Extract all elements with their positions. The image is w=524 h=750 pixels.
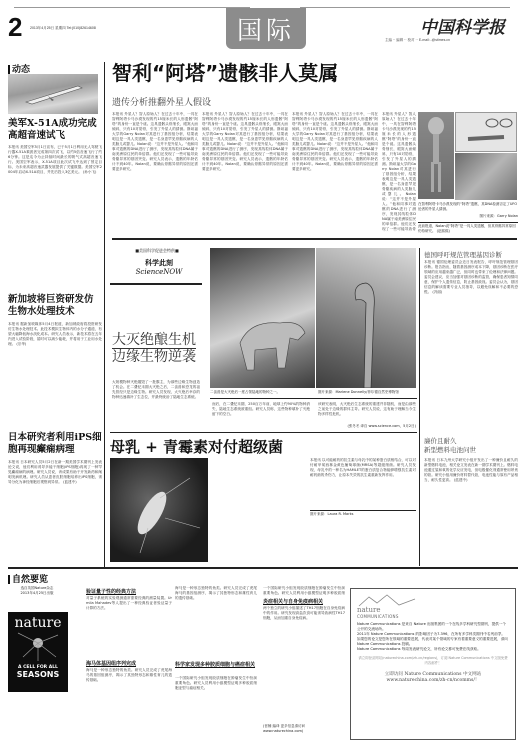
rule: [110, 432, 417, 433]
sciencenow-source: (张冬冬 译自 www.science.com，5月2日): [318, 424, 416, 429]
digest-item-2-body: 海马是一种形态独特的鱼类。研究人员完成了虎尾海马的基因组测序，揭示了其独特形态和…: [86, 668, 172, 740]
ata-skeleton-photo: [418, 112, 454, 199]
skeleton-icon: [418, 112, 454, 199]
nature-cover-feature2: SEASONS: [8, 670, 68, 679]
fuelcell-body: 本报讯 日本九州大学研究小组开发出了一种廉价且耐久的新型燃料电池，相关论文发表在…: [424, 458, 518, 563]
masthead-logo: 中国科学报: [420, 13, 505, 38]
nature-issue-info: 选自英国Nature杂志2013年4月25日出版: [8, 586, 66, 596]
cell-illustration-icon: [8, 631, 68, 661]
sciencenow-body: 大规模物种灭绝摧毁了一批霸主，为那些边缘生物创造了机会。在二叠纪末期大灭绝之后，…: [112, 380, 200, 426]
digest-item-4-body: 两个独立的研究小组描述了TH17细胞在自身免疫病中的作用。研究发现高盐饮食可能诱…: [263, 606, 345, 722]
ad-paragraph-3: 如果您的论文是您所在领域的重要进展，代表对某个领域的专家有着重要意义的重要进展，…: [357, 637, 509, 647]
mountain-logo-icon: [357, 593, 417, 607]
dinosaur-ancestor-illustration: [316, 248, 416, 388]
breastmilk-body: 本报讯 以可能耐药的抗生素与母乳中的某种蛋白质相结合，可以对付耐甲氧西林金黄色葡…: [310, 458, 416, 508]
nature-communications-ad: nature COMMUNICATIONS Nature Communicati…: [350, 588, 516, 740]
column-divider: [419, 248, 420, 566]
sciencenow-label-cn: 科学此刻: [118, 258, 200, 268]
sciencenow-caption: 二齿兽是大灭绝后一度占领陆地的物种之一。: [210, 390, 315, 395]
ata-photo-credit: 图片来源：Garry Nolan: [470, 214, 518, 219]
nature-cover: nature A CELL FOR ALL SEASONS: [8, 612, 68, 692]
breastmilk-headline: 母乳 + 青霉素对付超级菌: [110, 436, 283, 457]
top-rule-right: [300, 7, 510, 8]
ata-side-photo: [455, 112, 517, 152]
rule: [310, 510, 416, 511]
dicynodont-illustration: [210, 248, 315, 388]
rule: [210, 398, 417, 399]
dateline: 2013年4月25日 星期四 Tel:(010)82614608: [30, 26, 96, 31]
section-rule: [112, 238, 517, 240]
sciencenow-banner: ■美国科学促进会特供■: [118, 248, 196, 253]
glasses-icon: [456, 113, 517, 152]
bacteria-icon: [110, 458, 208, 562]
story-x51a-body: 本报讯 美国空军5月1日宣布，已于5月1日利用无人驾驶飞行器X-51A乘波者完成…: [8, 145, 102, 283]
top-rule: [14, 7, 250, 8]
sciencenow-headline: 大灭绝酿生机边缘生物逆袭: [112, 332, 196, 365]
germany-headline: 德国呼吁规范管理基因诊断: [424, 250, 518, 259]
main-body-col4: 本报讯 外星人？智人原始人？在过去十年中，一具在智利阿塔卡马沙漠发现的约15厘米…: [382, 112, 416, 232]
story-ips-headline: 日本研究者利用iPS细胞再现癫痫病理: [8, 432, 102, 456]
digest-item-3-continued: 一个国际研究小组发现胶质细胞在肿瘤发生中扮演重要角色。研究人员利用小鼠模型证明多…: [263, 586, 345, 596]
sciencenow-label-en: ScienceNOW: [118, 268, 200, 276]
sciencenow-photo-credit: 图片来源：Marlene Donnelly/菲尔德自然史博物馆: [318, 390, 418, 395]
ad-paragraph-5: 请立即登录网站(naturechina.com/zh-cn/regions)，订…: [357, 656, 509, 666]
digest-item-3-headline: 科学家发现多种胶质细胞与癌症相关: [175, 662, 257, 668]
dinosaur-icon: [210, 248, 315, 388]
digest-item-4-headline: 炎症相关与自身免疫病相关: [263, 598, 345, 605]
main-body-col3: 本报讯 外星人？智人原始人？在过去十年中，一具在智利阿塔卡马沙漠发现的约15厘米…: [292, 112, 378, 232]
digest-item-2-headline: 海马体基因组序列完成: [86, 660, 172, 667]
digest-item-3-body: 一个国际研究小组发现胶质细胞在肿瘤发生中扮演重要角色。研究人员利用小鼠模型证明多…: [175, 676, 257, 740]
ata-sidebar-note: 此前报道，Nolan说“阿塔”是一具人类遗骸，但其骨骼异常原因仍待研究。 (赵熙…: [418, 224, 518, 238]
story-singapore-body: 本报讯 据新加坡媒体5月4日报道，新加坡政府将投资研发仿生物水处理技术。此技术模…: [8, 322, 102, 416]
main-body-col2: 本报讯 外星人？智人原始人？在过去十年中，一具在智利阿塔卡马沙漠发现的约15厘米…: [202, 112, 288, 232]
kicker-bar: [8, 65, 10, 74]
kicker-bar: [8, 575, 10, 584]
fuelcell-headline: 廉价且耐久新型燃料电池问世: [424, 437, 518, 455]
kicker-nature-digest: 自然要览: [8, 572, 48, 585]
ata-closeup-photo: [455, 153, 517, 200]
digest-item-1-headline: 验证量子性的经典方法: [86, 588, 172, 595]
story-singapore-headline: 新加坡将巨资研发仿生物水处理技术: [8, 294, 102, 318]
dinosaur-head-icon: [316, 248, 416, 388]
ata-caption: 在智利阿塔卡马沙漠发现的“阿塔”遗骸，其DNA检测否定了UFO论者的外星人猜测。: [418, 202, 518, 212]
bacteria-micrograph: [110, 458, 208, 562]
germany-body: 本报讯 德国伦理委员会近日发表报告，呼吁规范管理基因诊断。报告指出，随着基因测序…: [424, 260, 518, 435]
aircraft-icon: [8, 74, 98, 114]
column-divider: [104, 62, 105, 567]
sciencenow-body3: 该研究表明，大灭绝后生态系统的重建并非随机，而是由那些之前处于边缘的群体主导。研…: [318, 402, 416, 424]
sciencenow-body2: 而后，在二叠纪末期，250百万年前，地球上约90%的物种消失，陆地生态系统被重组…: [212, 402, 310, 430]
masthead-credits: 主编 ·· 编辑 ·· 校对 ·· E-mail:..@stimes.cn: [385, 38, 450, 43]
ad-link-url[interactable]: www.naturechina.com/zh-cn/ncomms/！: [357, 677, 509, 683]
digest-item-1-body: 对量子系统的实验观测通常需要经典的测量装置。Urmila Mahadev等人提出…: [86, 596, 172, 656]
x51a-photo: [8, 74, 98, 114]
section-tab: 国际: [226, 8, 306, 49]
digest-item-2-continued: 海马是一种形态独特的鱼类。研究人员完成了虎尾海马的基因组测序，揭示了其独特形态和…: [175, 586, 257, 660]
story-x51a-headline: 美军X-51A成功完成高超音速试飞: [8, 118, 102, 142]
ad-logo-nature: nature: [357, 607, 509, 614]
digest-credit: (晋楠 编译 更多信息请访问 www.naturechina.com): [263, 724, 345, 734]
rule: [418, 222, 518, 223]
bottom-section-rule: [8, 567, 518, 569]
main-body-col1: 本报讯 外星人？智人原始人？在过去十年中，一具在智利阿塔卡马沙漠发现的约15厘米…: [112, 112, 198, 232]
main-headline: 智利“阿塔”遗骸非人莫属: [112, 62, 338, 84]
ad-paragraph-4: Nature Communications 每周发表研究论文，所有论文都可免费在…: [357, 647, 509, 652]
story-ips-body: 本报讯 日本研究人员5月2日在新一期美国学术期刊上发表论文说，他们利用诱导多能干…: [8, 460, 102, 564]
ad-paragraph-1: Nature Communications 是来自 Nature 出版集团的一个…: [357, 622, 509, 632]
nature-cover-title: nature: [8, 615, 68, 631]
rule: [110, 283, 202, 285]
kicker-label: 自然要览: [12, 575, 48, 585]
breastmilk-photo-credit: 图片来源：Laura R. Marks: [310, 512, 416, 517]
main-subhead: 遗传分析推翻外星人假设: [112, 95, 211, 108]
page-number: 2: [8, 14, 22, 40]
ad-logo-communications: COMMUNICATIONS: [357, 614, 509, 619]
